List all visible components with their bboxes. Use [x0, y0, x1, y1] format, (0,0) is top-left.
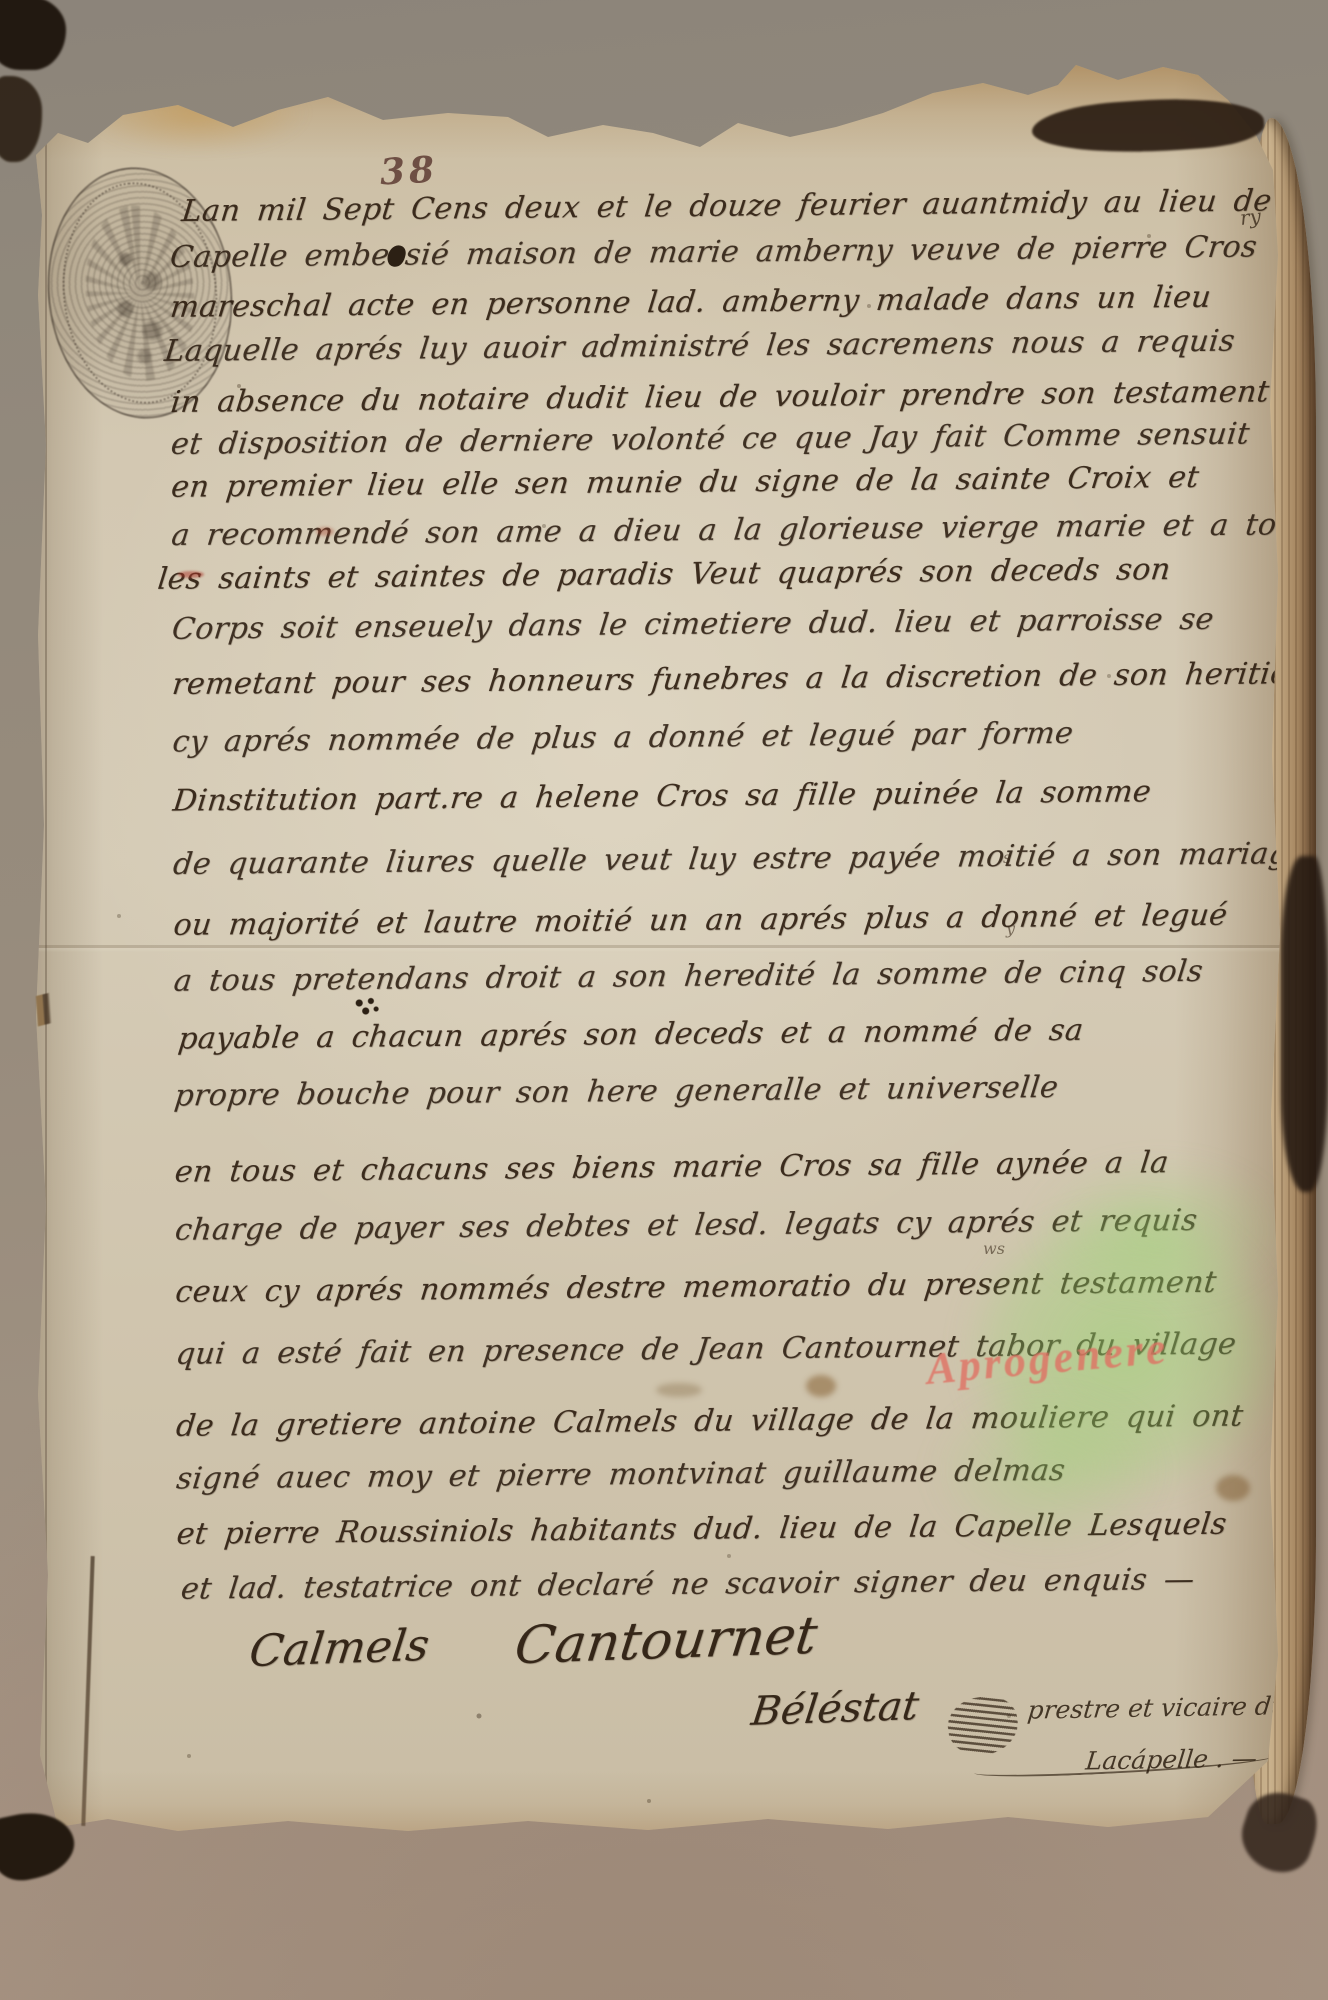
red-smudge: [316, 527, 334, 536]
ink-blot-cluster: [354, 997, 380, 1017]
manuscript-line: in absence du notaire dudit lieu de voul…: [169, 377, 1271, 418]
manuscript-line: a recommendé son ame a dieu a la glorieu…: [170, 510, 1314, 551]
manuscript-line: a tous pretendans droit a son heredité l…: [172, 957, 1204, 997]
manuscript-line: et pierre Roussiniols habitants dud. lie…: [175, 1510, 1228, 1550]
manuscript-page: 38 ry Lan mil Sept Cens deux et le douze…: [28, 55, 1290, 1845]
manuscript-line: remetant pour ses honneurs funebres a la…: [171, 659, 1323, 700]
manuscript-line: Lan mil Sept Cens deux et le douze feuri…: [180, 186, 1318, 227]
photo-backdrop: 38 ry Lan mil Sept Cens deux et le douze…: [0, 0, 1328, 2000]
manuscript-line: en tous et chacuns ses biens marie Cros …: [173, 1148, 1170, 1188]
fore-edge-torn-corner: [1233, 1784, 1326, 1880]
fore-edge-dark-leather: [1281, 856, 1328, 1192]
manuscript-line: Corps soit enseuely dans le cimetiere du…: [170, 605, 1215, 645]
brown-stain: [806, 1375, 836, 1397]
manuscript-line: payable a chacun aprés son deceds et a n…: [177, 1016, 1085, 1055]
manuscript-line: les saints et saintes de paradis Veut qu…: [156, 555, 1172, 595]
manuscript-line: ou majorité et lautre moitié un an aprés…: [172, 901, 1229, 941]
handwritten-lines: Lan mil Sept Cens deux et le douze feuri…: [23, 52, 1294, 1849]
torn-leather-top-left-2: [0, 76, 42, 162]
signature-cantournet: Cantournet: [512, 1610, 820, 1672]
manuscript-line: charge de payer ses debtes et lesd. lega…: [173, 1206, 1198, 1246]
manuscript-line: cy aprés nommée de plus a donné et legué…: [171, 719, 1075, 758]
margin-mark: ws: [983, 1241, 1005, 1257]
manuscript-line: mareschal acte en personne lad. amberny …: [169, 283, 1213, 323]
manuscript-line: de la gretiere antoine Calmels du villag…: [175, 1402, 1245, 1442]
manuscript-line: et disposition de derniere volonté ce qu…: [169, 420, 1251, 460]
signature-belestat: Béléstat: [749, 1686, 921, 1732]
manuscript-line: Dinstitution part.re a helene Cros sa fi…: [171, 777, 1152, 816]
manuscript-line: Capelle embessié maison de marie amberny…: [168, 232, 1258, 272]
signature-calmels: Calmels: [247, 1624, 432, 1674]
brown-stain: [656, 1383, 702, 1397]
manuscript-line: et lad. testatrice ont declaré ne scavoi…: [179, 1565, 1196, 1605]
manuscript-line: propre bouche pour son here generalle et…: [173, 1073, 1060, 1111]
torn-leather-top-left: [0, 0, 66, 70]
manuscript-line: ceux cy aprés nommés destre memoratio du…: [174, 1268, 1218, 1308]
manuscript-line: en premier lieu elle sen munie du signe …: [170, 463, 1201, 503]
margin-mark: s: [1003, 850, 1011, 866]
manuscript-line: de quarante liures quelle veut luy estre…: [172, 839, 1309, 880]
margin-mark: y: [1006, 921, 1015, 937]
manuscript-line: Laquelle aprés luy auoir administré les …: [163, 327, 1237, 367]
manuscript-line: signé auec moy et pierre montvinat guill…: [175, 1456, 1067, 1495]
red-smudge: [178, 571, 204, 578]
brown-stain: [1216, 1475, 1250, 1501]
